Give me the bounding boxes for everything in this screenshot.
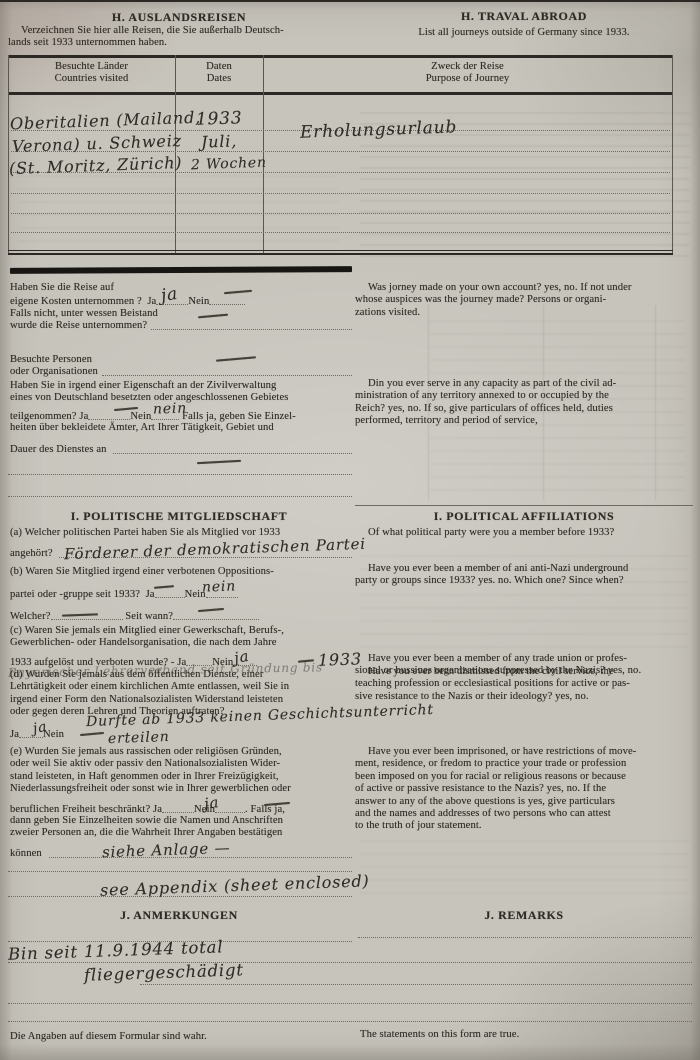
handwritten-dates-line3: 2 Wochen	[191, 155, 267, 174]
answer-line	[113, 444, 352, 454]
answer-line	[8, 496, 352, 497]
answer-line	[8, 962, 692, 963]
handwritten-countries-line2: Verona) u. Schweiz	[12, 131, 182, 156]
answer-blank	[88, 410, 130, 420]
section-h-title-de: H. AUSLANDSREISEN	[8, 10, 350, 25]
answer-blank	[209, 295, 245, 305]
q-travel-de-line3: Falls nicht, unter wessen Beistand	[10, 308, 158, 320]
q-travel-de-line2a: eigene Kosten unternommen ? Ja	[10, 296, 156, 307]
section-h-text-en: List all journeys outside of Germany sin…	[355, 27, 693, 39]
section-j-title-de: J. ANMERKUNGEN	[8, 908, 350, 923]
q-travel-de-line4-label: wurde die Reise unternommen?	[10, 320, 147, 332]
handwritten-answer-d-line2: erteilen	[108, 729, 170, 747]
handwritten-dash	[198, 314, 228, 319]
q-ib-de-line3: Welcher? Seit wann?	[10, 610, 259, 623]
q-ie-de-line8-label: können	[10, 848, 45, 860]
handwritten-dates-line2: Juli,	[201, 131, 238, 151]
q-ie-de-line5a: beruflichen Freiheit beschränkt? Ja	[10, 804, 162, 815]
q-civil-de-line3b: Nein	[130, 411, 151, 422]
handwritten-purpose: Erholungsurlaub	[300, 117, 458, 142]
q-civil-de-line4: heiten über bekleidete Ämter, Art Ihrer …	[10, 422, 274, 434]
q-id-en: Have you ever been dismissed from the ci…	[355, 666, 693, 703]
answer-line	[8, 896, 352, 897]
table-right-border	[672, 55, 673, 254]
footer-statement-de: Die Angaben auf diesem Formular sind wah…	[10, 1031, 207, 1043]
handwritten-ja-travel: ja	[160, 284, 180, 306]
table-row-line	[11, 213, 670, 214]
q-ia-de-line1: (a) Welcher politischen Partei haben Sie…	[10, 527, 280, 539]
heavy-rule	[10, 266, 352, 274]
answer-line	[8, 871, 352, 872]
q-civil-de-line3a: teilgenommen? Ja	[10, 411, 88, 422]
q-ie-en: Have you ever been imprisoned, or have r…	[355, 746, 693, 833]
section-i-title-de: I. POLITISCHE MITGLIEDSCHAFT	[8, 509, 350, 524]
q-ib-en: Have you ever been a member of ani anti-…	[355, 563, 693, 588]
handwritten-dash	[224, 290, 252, 294]
section-h-title-en: H. TRAVAL ABROAD	[355, 9, 693, 24]
q-persons-de-line2-label: oder Organisationen	[10, 366, 98, 378]
questionnaire-form-page: H. AUSLANDSREISEN Verzeichnen Sie hier a…	[0, 0, 700, 1060]
q-travel-de-line4: wurde die Reise unternommen?	[10, 320, 352, 332]
q-ie-de-lines67: dann geben Sie Einzelheiten sowie die Na…	[10, 815, 354, 840]
table-header-border	[8, 92, 673, 95]
q-id-de-line5a: Ja	[10, 729, 19, 740]
section-j-title-en: J. REMARKS	[355, 908, 693, 923]
q-travel-de-line1: Haben Sie die Reise auf	[10, 282, 114, 294]
answer-blank	[162, 803, 194, 813]
q-travel-de-line2b: Nein	[188, 296, 209, 307]
q-ic-de-lines12: (c) Waren Sie jemals ein Mitglied einer …	[10, 625, 354, 650]
q-civil-en: Din you ever serve in any capacity as pa…	[355, 378, 693, 428]
table-bottom-border	[8, 253, 673, 255]
section-i-rule	[355, 505, 693, 506]
q-civil-de-line3c: Falls ja, geben Sie Einzel-	[179, 411, 295, 422]
q-ib-de-line1: (b) Waren Sie Mitglied irgend einer verb…	[10, 566, 274, 578]
answer-blank	[155, 588, 185, 598]
answer-line	[8, 1021, 692, 1022]
q-ia-en: Of what political party were you a membe…	[355, 527, 693, 539]
q-ia-de-line2-label: angehört?	[10, 548, 55, 560]
footer-statement-en: The statements on this form are true.	[360, 1029, 519, 1041]
q-ie-de-lines1234: (e) Wurden Sie jemals aus rassischen ode…	[10, 746, 354, 796]
bleed-through-ghost	[18, 175, 338, 255]
q-ib-de-line3a: Welcher?	[10, 611, 51, 622]
handwritten-ja-d: ja	[32, 719, 49, 737]
table-header-purpose: Zweck der Reise Purpose of Journey	[263, 61, 672, 86]
bleed-through-ghost	[360, 840, 690, 900]
handwritten-nein-b: nein	[202, 578, 237, 595]
answer-line	[8, 1003, 692, 1004]
table-header-countries: Besuchte Länder Countries visited	[8, 61, 175, 86]
q-ib-de-line3b: Seit wann?	[123, 611, 174, 622]
q-ib-de-line2a: partei oder -gruppe seit 1933? Ja	[10, 589, 155, 600]
q-civil-de-line5: Dauer des Dienstes an	[10, 444, 352, 456]
answer-blank	[173, 610, 259, 620]
answer-line	[102, 366, 352, 376]
section-i-title-en: I. POLITICAL AFFILIATIONS	[355, 509, 693, 524]
q-travel-en: Was jorney made on your own account? yes…	[355, 282, 693, 319]
answer-line	[151, 320, 352, 330]
table-bottom-border-thin	[8, 250, 673, 251]
handwritten-remark-line2: fliegergeschädigt	[84, 960, 244, 985]
handwritten-dates-line1: 1933	[196, 108, 243, 130]
answer-line	[358, 937, 692, 938]
table-top-border	[8, 55, 673, 58]
table-header-dates: Daten Dates	[175, 61, 263, 86]
answer-line	[140, 984, 692, 985]
handwritten-countries-line3: (St. Moritz, Zürich)	[9, 153, 183, 178]
section-h-text-de: Verzeichnen Sie hier alle Reisen, die Si…	[8, 25, 352, 50]
q-travel-de-line2: eigene Kosten unternommen ? JaNein	[10, 295, 245, 308]
q-civil-de-line5-label: Dauer des Dienstes an	[10, 444, 109, 456]
handwritten-dash	[197, 460, 241, 464]
table-row-line	[11, 232, 670, 233]
handwritten-ja-e: ja	[203, 793, 221, 813]
handwritten-dash	[216, 356, 256, 361]
q-persons-de-line1: Besuchte Personen	[10, 354, 92, 366]
handwritten-nein-civil: nein	[153, 400, 188, 417]
answer-line	[8, 474, 352, 475]
top-rule	[0, 0, 700, 2]
q-persons-de-line2: oder Organisationen	[10, 366, 352, 378]
table-row-line	[11, 193, 670, 194]
handwritten-dash	[80, 732, 104, 736]
